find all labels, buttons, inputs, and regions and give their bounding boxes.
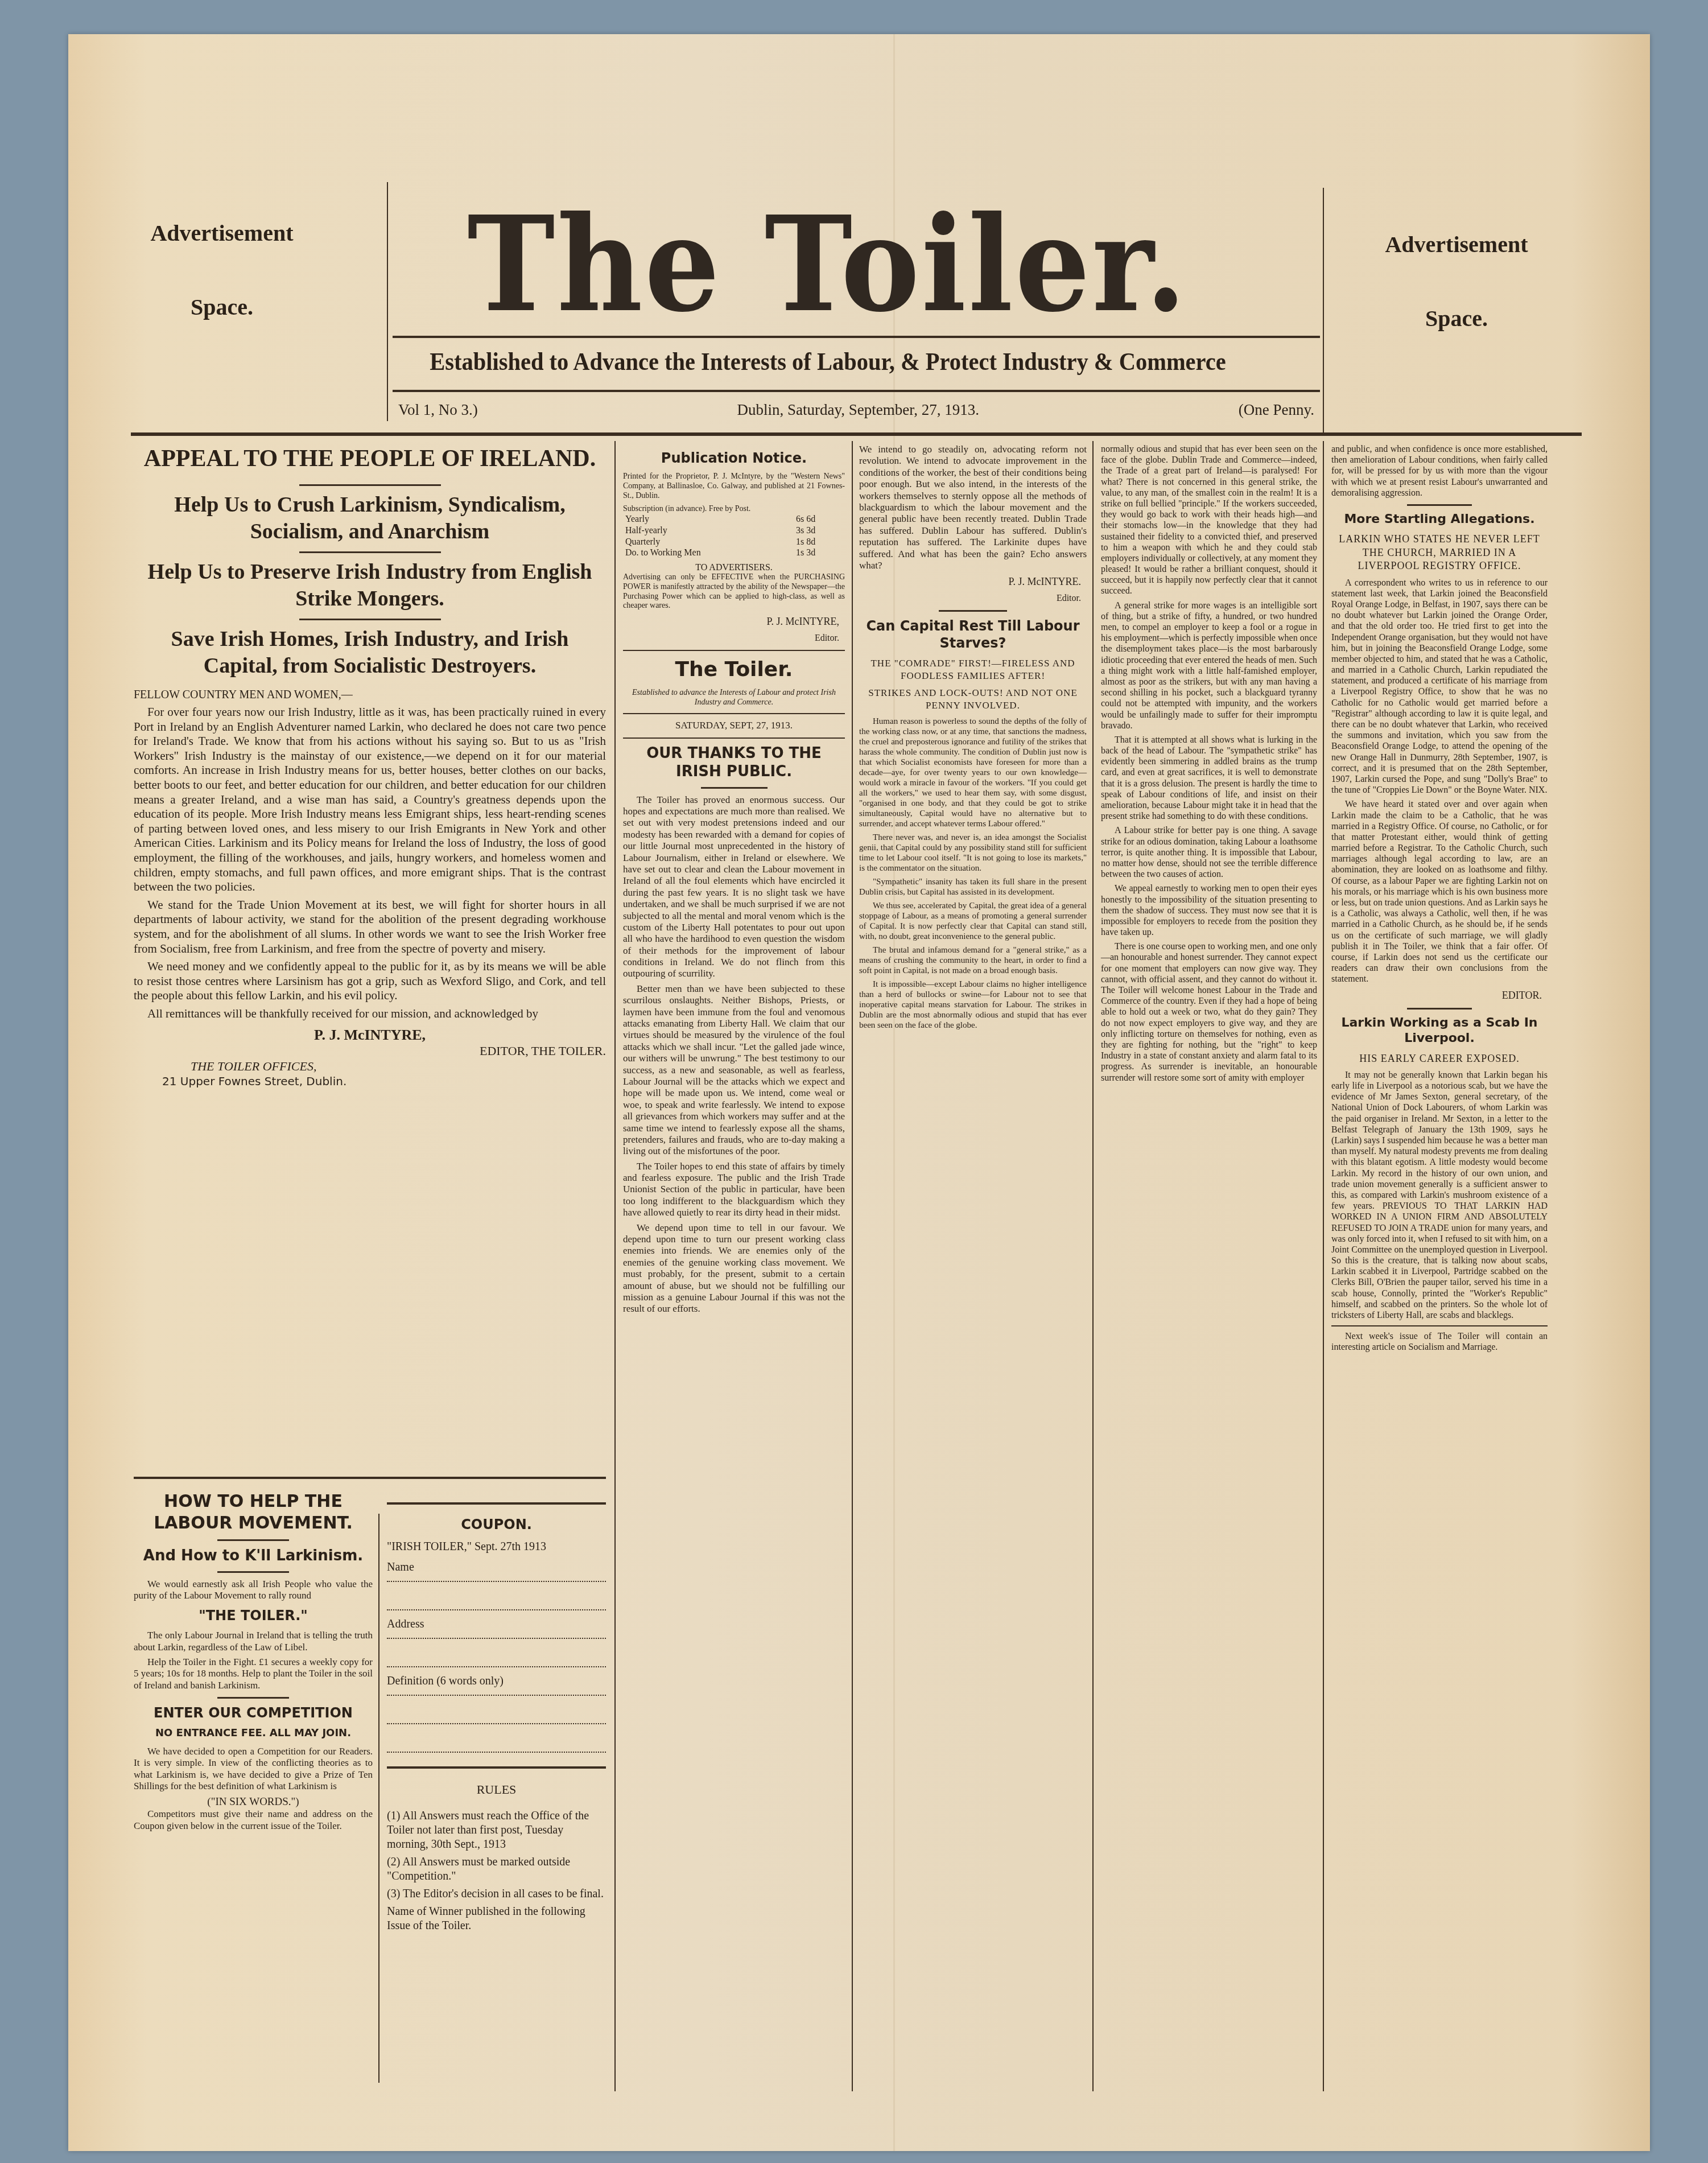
help-title: HOW TO HELP THE LABOUR MOVEMENT. — [134, 1491, 373, 1534]
appeal-subhead-3: Save Irish Homes, Irish Industry, and Ir… — [134, 626, 606, 680]
coupon-name-field[interactable]: Name — [387, 1560, 606, 1582]
dateline-bar: Vol 1, No 3.) Dublin, Saturday, Septembe… — [398, 401, 1314, 419]
ad-right-line2: Space. — [1360, 307, 1553, 330]
volume-number: Vol 1, No 3.) — [398, 401, 478, 419]
allegations-title: More Startling Allegations. — [1331, 512, 1548, 528]
separator — [217, 1697, 289, 1699]
separator — [299, 619, 441, 620]
section-rule — [623, 738, 845, 739]
section-rule — [134, 1477, 606, 1479]
appeal-subhead-1: Help Us to Crush Larkinism, Syndicalism,… — [134, 492, 606, 546]
coupon-address-label: Address — [387, 1618, 424, 1630]
competition-paragraph: Competitors must give their name and add… — [134, 1808, 373, 1832]
issue-price: (One Penny. — [1239, 401, 1314, 419]
strike-continuation-column: normally odious and stupid that has ever… — [1101, 444, 1317, 1087]
confidence-paragraph: and public, and when confidence is once … — [1331, 444, 1548, 498]
strike-paragraph: normally odious and stupid that has ever… — [1101, 444, 1317, 597]
appeal-paragraph: We stand for the Trade Union Movement at… — [134, 898, 606, 956]
coupon-title: COUPON. — [387, 1516, 606, 1533]
coupon-definition-field-extra[interactable] — [387, 1731, 606, 1753]
advertisers-title: TO ADVERTISERS. — [623, 562, 845, 574]
appeal-salutation: FELLOW COUNTRY MEN AND WOMEN,— — [134, 688, 606, 702]
publication-sig-name: P. J. McINTYRE, — [623, 616, 839, 628]
editorial-box-tagline: Established to advance the Interests of … — [623, 688, 845, 707]
publication-sig-title: Editor. — [623, 633, 839, 644]
subscription-table: Yearly6s 6d Half-yearly3s 3d Quarterly1s… — [623, 514, 845, 558]
sub-period: Half-yearly — [623, 525, 794, 537]
thanks-paragraph: The Toiler has proved an enormous succes… — [623, 794, 845, 980]
coupon-top-rule — [387, 1502, 606, 1505]
coupon-definition-field-extra[interactable] — [387, 1703, 606, 1724]
capital-paragraph: "Sympathetic" insanity has taken its ful… — [859, 877, 1087, 897]
sub-price: 1s 3d — [794, 547, 845, 559]
help-labour-article: HOW TO HELP THE LABOUR MOVEMENT. And How… — [134, 1485, 373, 1835]
strike-paragraph: A general strike for more wages is an in… — [1101, 600, 1317, 731]
offices-address: 21 Upper Fownes Street, Dublin. — [162, 1074, 606, 1088]
strike-paragraph: There is one course open to working men,… — [1101, 941, 1317, 1083]
coupon-definition-label: Definition (6 words only) — [387, 1675, 504, 1687]
appeal-title: APPEAL TO THE PEOPLE OF IRELAND. — [134, 444, 606, 474]
rule-item: Name of Winner published in the followin… — [387, 1905, 606, 1933]
masthead-divider-right — [1323, 188, 1324, 432]
separator — [1407, 1008, 1472, 1010]
thanks-title: OUR THANKS TO THE IRISH PUBLIC. — [623, 744, 845, 781]
ad-left-line1: Advertisement — [125, 222, 319, 245]
sub-price: 3s 3d — [794, 525, 845, 537]
competition-subtitle: NO ENTRANCE FEE. ALL MAY JOIN. — [134, 1727, 373, 1740]
masthead-tagline: Established to Advance the Interests of … — [370, 347, 1286, 376]
rules-list: (1) All Answers must reach the Office of… — [387, 1809, 606, 1933]
coupon-address-field-extra[interactable] — [387, 1646, 606, 1667]
scab-title: Larkin Working as a Scab In Liverpool. — [1331, 1015, 1548, 1047]
rule-item: (1) All Answers must reach the Office of… — [387, 1809, 606, 1852]
separator — [299, 551, 441, 553]
separator — [1407, 504, 1472, 506]
toiler-callout: "THE TOILER." — [134, 1607, 373, 1624]
issue-date: Dublin, Saturday, September, 27, 1913. — [737, 401, 979, 419]
appeal-signature-title: EDITOR, THE TOILER. — [134, 1044, 606, 1059]
help-paragraph: Help the Toiler in the Fight. £1 secures… — [134, 1657, 373, 1691]
sub-price: 6s 6d — [794, 514, 845, 525]
strike-paragraph: We appeal earnestly to working men to op… — [1101, 883, 1317, 938]
coupon-address-field[interactable]: Address — [387, 1617, 606, 1639]
capital-paragraph: It is impossible—except Labour claims no… — [859, 979, 1087, 1031]
column-divider-2 — [852, 441, 853, 2091]
capital-paragraph: There never was, and never is, an idea a… — [859, 833, 1087, 874]
column-divider-4 — [1323, 441, 1324, 2091]
masthead-rule — [393, 336, 1320, 338]
sub-period: Do. to Working Men — [623, 547, 794, 559]
capital-column: We intend to go steadily on, advocating … — [859, 444, 1087, 1034]
newspaper-page: Advertisement Space. Advertisement Space… — [68, 34, 1650, 2151]
next-week-notice: Next week's issue of The Toiler will con… — [1331, 1331, 1548, 1353]
separator — [701, 787, 768, 789]
masthead-title: The Toiler. — [380, 188, 1276, 341]
help-paragraph: The only Labour Journal in Ireland that … — [134, 1630, 373, 1653]
scab-subhead: HIS EARLY CAREER EXPOSED. — [1331, 1052, 1548, 1065]
competition-six-words: ("IN SIX WORDS.") — [134, 1795, 373, 1808]
appeal-article: APPEAL TO THE PEOPLE OF IRELAND. Help Us… — [134, 444, 606, 1088]
subscription-row: Half-yearly3s 3d — [623, 525, 845, 537]
section-rule — [623, 713, 845, 714]
section-rule — [623, 650, 845, 651]
subscription-row: Yearly6s 6d — [623, 514, 845, 525]
capital-subhead-2: STRIKES AND LOCK-OUTS! AND NOT ONE PENNY… — [859, 687, 1087, 712]
appeal-signature-name: P. J. McINTYRE, — [134, 1026, 606, 1044]
capital-paragraph: Human reason is powerless to sound the d… — [859, 716, 1087, 829]
help-paragraph: We would earnestly ask all Irish People … — [134, 1579, 373, 1602]
thanks-paragraph: Better men than we have been subjected t… — [623, 983, 845, 1157]
strike-paragraph: That it is attempted at all shows what i… — [1101, 735, 1317, 822]
allegations-paragraph: We have heard it stated over and over ag… — [1331, 799, 1548, 984]
appeal-paragraph: We need money and we confidently appeal … — [134, 959, 606, 1003]
allegations-signature: EDITOR. — [1331, 990, 1542, 1002]
appeal-paragraph: For over four years now our Irish Indust… — [134, 705, 606, 895]
competition-title: ENTER OUR COMPETITION — [134, 1704, 373, 1721]
sub-price: 1s 8d — [794, 537, 845, 548]
coupon-bottom-rule — [387, 1766, 606, 1769]
competition-paragraph: We have decided to open a Competition fo… — [134, 1746, 373, 1793]
separator — [217, 1539, 289, 1541]
coupon-issue: "IRISH TOILER," Sept. 27th 1913 — [387, 1540, 606, 1554]
allegations-paragraph: A correspondent who writes to us in refe… — [1331, 578, 1548, 796]
coupon-divider — [378, 1514, 379, 2083]
advertisement-space-left: Advertisement Space. — [125, 222, 319, 319]
scab-paragraph: It may not be generally known that Larki… — [1331, 1070, 1548, 1321]
separator — [299, 484, 441, 486]
help-subtitle: And How to K'll Larkinism. — [134, 1547, 373, 1565]
rules-title: RULES — [387, 1782, 606, 1798]
steadily-paragraph: We intend to go steadily on, advocating … — [859, 444, 1087, 571]
subscription-header: Subscription (in advance). Free by Post. — [623, 504, 845, 514]
advertisement-space-right: Advertisement Space. — [1360, 233, 1553, 330]
coupon-definition-field[interactable]: Definition (6 words only) — [387, 1674, 606, 1696]
coupon-name-field-extra[interactable] — [387, 1589, 606, 1610]
thanks-paragraph: The Toiler hopes to end this state of af… — [623, 1161, 845, 1219]
coupon-box: COUPON. "IRISH TOILER," Sept. 27th 1913 … — [387, 1502, 606, 1937]
editorial-box-date: SATURDAY, SEPT, 27, 1913. — [623, 720, 845, 732]
capital-subhead-1: THE "COMRADE" FIRST!—FIRELESS AND FOODLE… — [859, 657, 1087, 682]
steadily-sig-name: P. J. McINTYRE. — [859, 576, 1081, 588]
allegations-column: and public, and when confidence is once … — [1331, 444, 1548, 1357]
ad-left-line2: Space. — [125, 296, 319, 319]
ad-right-line1: Advertisement — [1360, 233, 1553, 256]
right-column-top-rule — [1329, 432, 1550, 436]
sub-period: Yearly — [623, 514, 794, 525]
capital-title: Can Capital Rest Till Labour Starves? — [859, 617, 1087, 652]
allegations-subhead: LARKIN WHO STATES HE NEVER LEFT THE CHUR… — [1331, 533, 1548, 572]
steadily-sig-title: Editor. — [859, 593, 1081, 604]
subscription-row: Quarterly1s 8d — [623, 537, 845, 548]
appeal-paragraph: All remittances will be thankfully recei… — [134, 1007, 606, 1021]
column-divider-3 — [1092, 441, 1094, 2091]
offices-label: THE TOILER OFFICES, — [191, 1059, 606, 1074]
rule-item: (3) The Editor's decision in all cases t… — [387, 1887, 606, 1901]
advertisers-text: Advertising can only be EFFECTIVE when t… — [623, 573, 845, 611]
capital-paragraph: We thus see, accelerated by Capital, the… — [859, 901, 1087, 942]
rule-item: (2) All Answers must be marked outside "… — [387, 1855, 606, 1884]
coupon-name-label: Name — [387, 1561, 414, 1573]
column-divider-1 — [614, 441, 616, 2091]
separator — [939, 610, 1007, 612]
subscription-row: Do. to Working Men1s 3d — [623, 547, 845, 559]
sub-period: Quarterly — [623, 537, 794, 548]
thanks-paragraph: We depend upon time to tell in our favou… — [623, 1222, 845, 1315]
editorial-box-title: The Toiler. — [623, 657, 845, 682]
appeal-subhead-2: Help Us to Preserve Irish Industry from … — [134, 559, 606, 613]
section-rule — [1331, 1325, 1548, 1326]
publication-column: Publication Notice. Printed for the Prop… — [623, 444, 845, 1319]
publication-printed: Printed for the Proprietor, P. J. McInty… — [623, 472, 845, 501]
strike-paragraph: A Labour strike for better pay is one th… — [1101, 825, 1317, 880]
capital-paragraph: The brutal and infamous demand for a "ge… — [859, 945, 1087, 976]
publication-title: Publication Notice. — [623, 450, 845, 467]
tagline-rule — [393, 390, 1320, 392]
separator — [217, 1571, 289, 1573]
